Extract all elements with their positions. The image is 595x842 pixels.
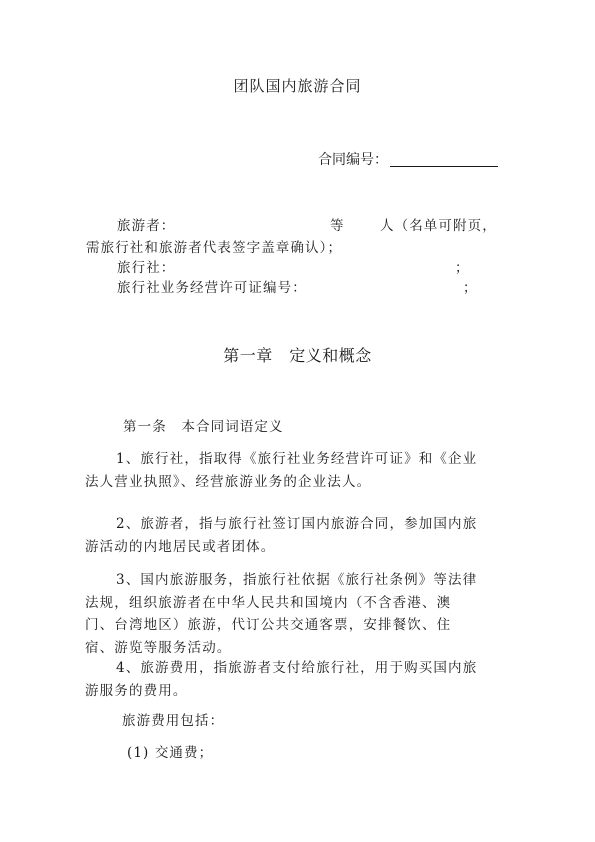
license-label: 旅行社业务经营许可证编号：	[117, 276, 307, 296]
tourist-count-suffix: 人（名单可附页，	[380, 214, 497, 234]
article-heading: 第一条 本合同词语定义	[123, 415, 284, 435]
definition-item-4: 4、旅游费用，指旅游者支付给旅行社，用于购买国内旅 游服务的费用。	[85, 657, 515, 702]
paragraph-line: 门、台湾地区）旅游，代订公共交通客票，安排餐饮、住	[85, 614, 515, 637]
definition-item-1: 1、旅行社，指取得《旅行社业务经营许可证》和《企业 法人营业执照》、经营旅游业务…	[85, 448, 515, 493]
paragraph-line: 2、旅游者，指与旅行社签订国内旅游合同，参加国内旅	[85, 513, 515, 536]
paragraph-line: 1、旅行社，指取得《旅行社业务经营许可证》和《企业	[85, 448, 515, 471]
contract-number: 合同编号：	[318, 149, 498, 169]
license-end: ；	[463, 276, 478, 296]
fees-include-label: 旅游费用包括：	[122, 709, 224, 729]
chapter-title: 第一章 定义和概念	[0, 343, 595, 366]
paragraph-line: 法规，组织旅游者在中华人民共和国境内（不含香港、澳	[85, 592, 515, 615]
fee-item-1: (1) 交通费；	[127, 741, 213, 761]
paragraph-line: 游服务的费用。	[85, 680, 515, 703]
contract-number-blank	[390, 152, 498, 167]
definition-item-2: 2、旅游者，指与旅行社签订国内旅游合同，参加国内旅 游活动的内地居民或者团体。	[85, 513, 515, 558]
paragraph-line: 3、国内旅游服务，指旅行社依据《旅行社条例》等法律	[85, 569, 515, 592]
agency-label: 旅行社：	[117, 256, 175, 276]
paragraph-line: 宿、游览等服务活动。	[85, 637, 515, 660]
tourist-label: 旅游者：	[117, 214, 175, 234]
tourist-count-prefix: 等	[330, 214, 345, 234]
paragraph-line: 4、旅游费用，指旅游者支付给旅行社，用于购买国内旅	[85, 657, 515, 680]
document-title: 团队国内旅游合同	[0, 75, 595, 96]
tourist-note: 需旅行社和旅游者代表签字盖章确认）；	[86, 236, 342, 256]
definition-item-3: 3、国内旅游服务，指旅行社依据《旅行社条例》等法律 法规，组织旅游者在中华人民共…	[85, 569, 515, 659]
contract-number-label: 合同编号：	[318, 152, 388, 168]
document-page: 团队国内旅游合同 合同编号： 旅游者： 等 人（名单可附页， 需旅行社和旅游者代…	[0, 0, 595, 842]
paragraph-line: 法人营业执照》、经营旅游业务的企业法人。	[85, 471, 515, 494]
agency-end: ；	[455, 256, 470, 276]
paragraph-line: 游活动的内地居民或者团体。	[85, 536, 515, 559]
